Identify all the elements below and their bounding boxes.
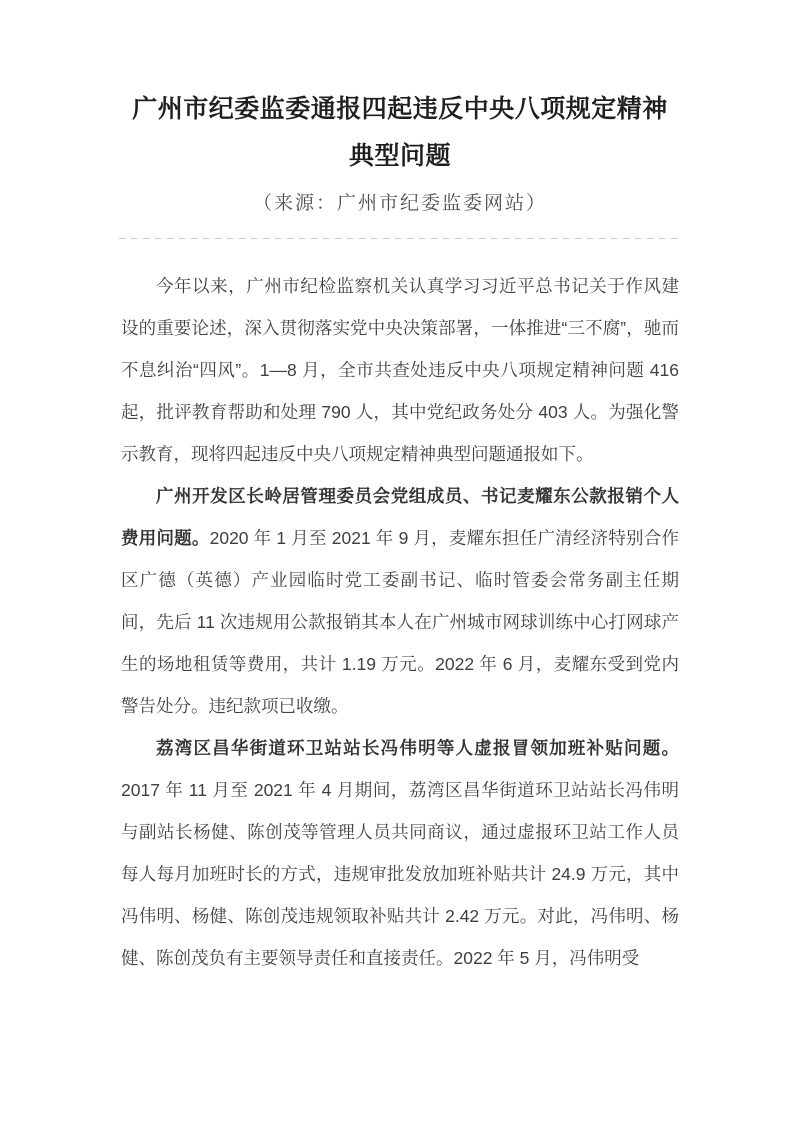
source-note: （来源：广州市纪委监委网站） [0, 190, 800, 218]
dashed-divider [119, 238, 681, 239]
body-paragraph: 广州开发区长岭居管理委员会党组成员、书记麦耀东公款报销个人费用问题。2020 年… [121, 475, 679, 727]
document-title-line-1: 广州市纪委监委通报四起违反中央八项规定精神 [132, 95, 668, 123]
body-paragraph: 荔湾区昌华街道环卫站站长冯伟明等人虚报冒领加班补贴问题。2017 年 11 月至… [121, 727, 679, 979]
document-title: 广州市纪委监委通报四起违反中央八项规定精神 典型问题 [0, 0, 800, 180]
paragraph-text: 今年以来，广州市纪检监察机关认真学习习近平总书记关于作风建设的重要论述，深入贯彻… [121, 276, 679, 464]
paragraph-text: 2020 年 1 月至 2021 年 9 月，麦耀东担任广清经济特别合作区广德（… [121, 528, 679, 716]
body-paragraph: 今年以来，广州市纪检监察机关认真学习习近平总书记关于作风建设的重要论述，深入贯彻… [121, 265, 679, 475]
document-page: 广州市纪委监委通报四起违反中央八项规定精神 典型问题 （来源：广州市纪委监委网站… [0, 0, 800, 1131]
document-body: 今年以来，广州市纪检监察机关认真学习习近平总书记关于作风建设的重要论述，深入贯彻… [121, 265, 679, 979]
paragraph-text: 2017 年 11 月至 2021 年 4 月期间，荔湾区昌华街道环卫站站长冯伟… [121, 780, 679, 968]
document-title-line-2: 典型问题 [349, 142, 451, 170]
paragraph-lead-bold: 荔湾区昌华街道环卫站站长冯伟明等人虚报冒领加班补贴问题。 [156, 738, 679, 758]
